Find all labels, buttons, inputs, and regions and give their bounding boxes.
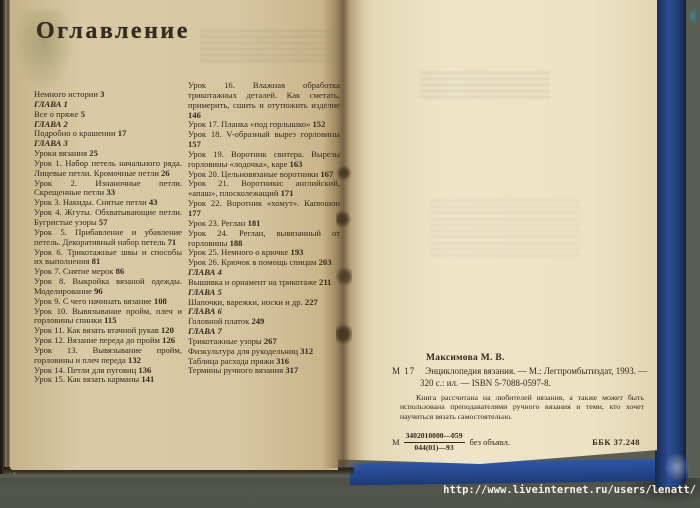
book-cover-bottom-edge: [350, 459, 688, 486]
toc-entry: Урок 13. Вывязывание пройм, горловины и …: [34, 346, 182, 366]
page-title: Оглавление: [36, 18, 190, 45]
toc-entry: Урок 10. Вывязывание пройм, плеч и горло…: [34, 307, 182, 327]
watermark-url: http://www.liveinternet.ru/users/lenatt/: [443, 484, 696, 496]
toc-entry: Урок 21. Воротники: английский, «апаш», …: [188, 179, 340, 199]
scanned-book-spread: Оглавление Немного истории 3ГЛАВА 1Все о…: [0, 0, 700, 508]
toc-entry: Термины ручного вязания 317: [188, 366, 340, 376]
toc-entry: Урок 24. Реглан, вывязанный от горловины…: [188, 229, 340, 249]
bibliographic-description: Энциклопедия вязания. — М.: Легпромбытиз…: [420, 366, 647, 388]
catalog-denominator: 044(01)—93: [404, 443, 465, 453]
catalog-prefix: М: [392, 437, 400, 447]
toc-entry: Урок 15. Как вязать карманы 141: [34, 375, 182, 385]
imprint-block: Максимова М. В. М 17Энциклопедия вязания…: [392, 353, 650, 452]
bbk-code: ББК 37.248: [592, 437, 640, 447]
catalog-note: без объявл.: [470, 437, 511, 447]
toc-entry: Урок 4. Жгуты. Обхватывающие петли. Бугр…: [34, 208, 182, 228]
ink-bleed-through: [430, 200, 580, 260]
toc-entry: Урок 5. Прибавление и убавление петель. …: [34, 228, 182, 248]
ink-bleed-through: [420, 72, 550, 98]
toc-entry: Урок 6. Трикотажные швы и способы их вып…: [34, 248, 182, 268]
toc-entry: Урок 1. Набор петель начального ряда. Ли…: [34, 159, 182, 179]
cover-worn-corner: [664, 452, 690, 482]
toc-entry: Урок 16. Влажная обработка трикотажных д…: [188, 81, 340, 120]
book-cover-right-edge: [655, 0, 686, 487]
ink-bleed-through: [200, 30, 330, 64]
toc-column-1: Немного истории 3ГЛАВА 1Все о пряже 5ГЛА…: [34, 90, 182, 385]
bibliographic-entry: М 17Энциклопедия вязания. — М.: Легпромб…: [392, 366, 650, 389]
annotation-text: Книга рассчитана на любителей вязания, а…: [400, 393, 644, 421]
toc-entry: Урок 8. Выкройка вязаной одежды. Моделир…: [34, 277, 182, 297]
catalog-numerator: 3402010000—059: [404, 432, 465, 443]
toc-entry: Урок 22. Воротник «хомут». Капюшон 177: [188, 199, 340, 219]
author-name: Максимова М. В.: [426, 353, 650, 363]
toc-entry: Урок 18. V-образный вырез горловины 157: [188, 130, 340, 150]
catalog-fraction: 3402010000—059 044(01)—93: [404, 432, 465, 452]
scan-color-artifact: [688, 8, 698, 24]
toc-column-2: Урок 16. Влажная обработка трикотажных д…: [188, 81, 340, 385]
table-of-contents: Немного истории 3ГЛАВА 1Все о пряже 5ГЛА…: [34, 90, 340, 385]
catalog-number-row: М 3402010000—059 044(01)—93 без объявл. …: [392, 432, 650, 452]
catalog-letter-code: М 17: [392, 366, 415, 376]
toc-entry: Урок 2. Изнаночные петли. Скрещенные пет…: [34, 179, 182, 199]
toc-entry: Урок 19. Воротник свитера. Вырезы горлов…: [188, 150, 340, 170]
